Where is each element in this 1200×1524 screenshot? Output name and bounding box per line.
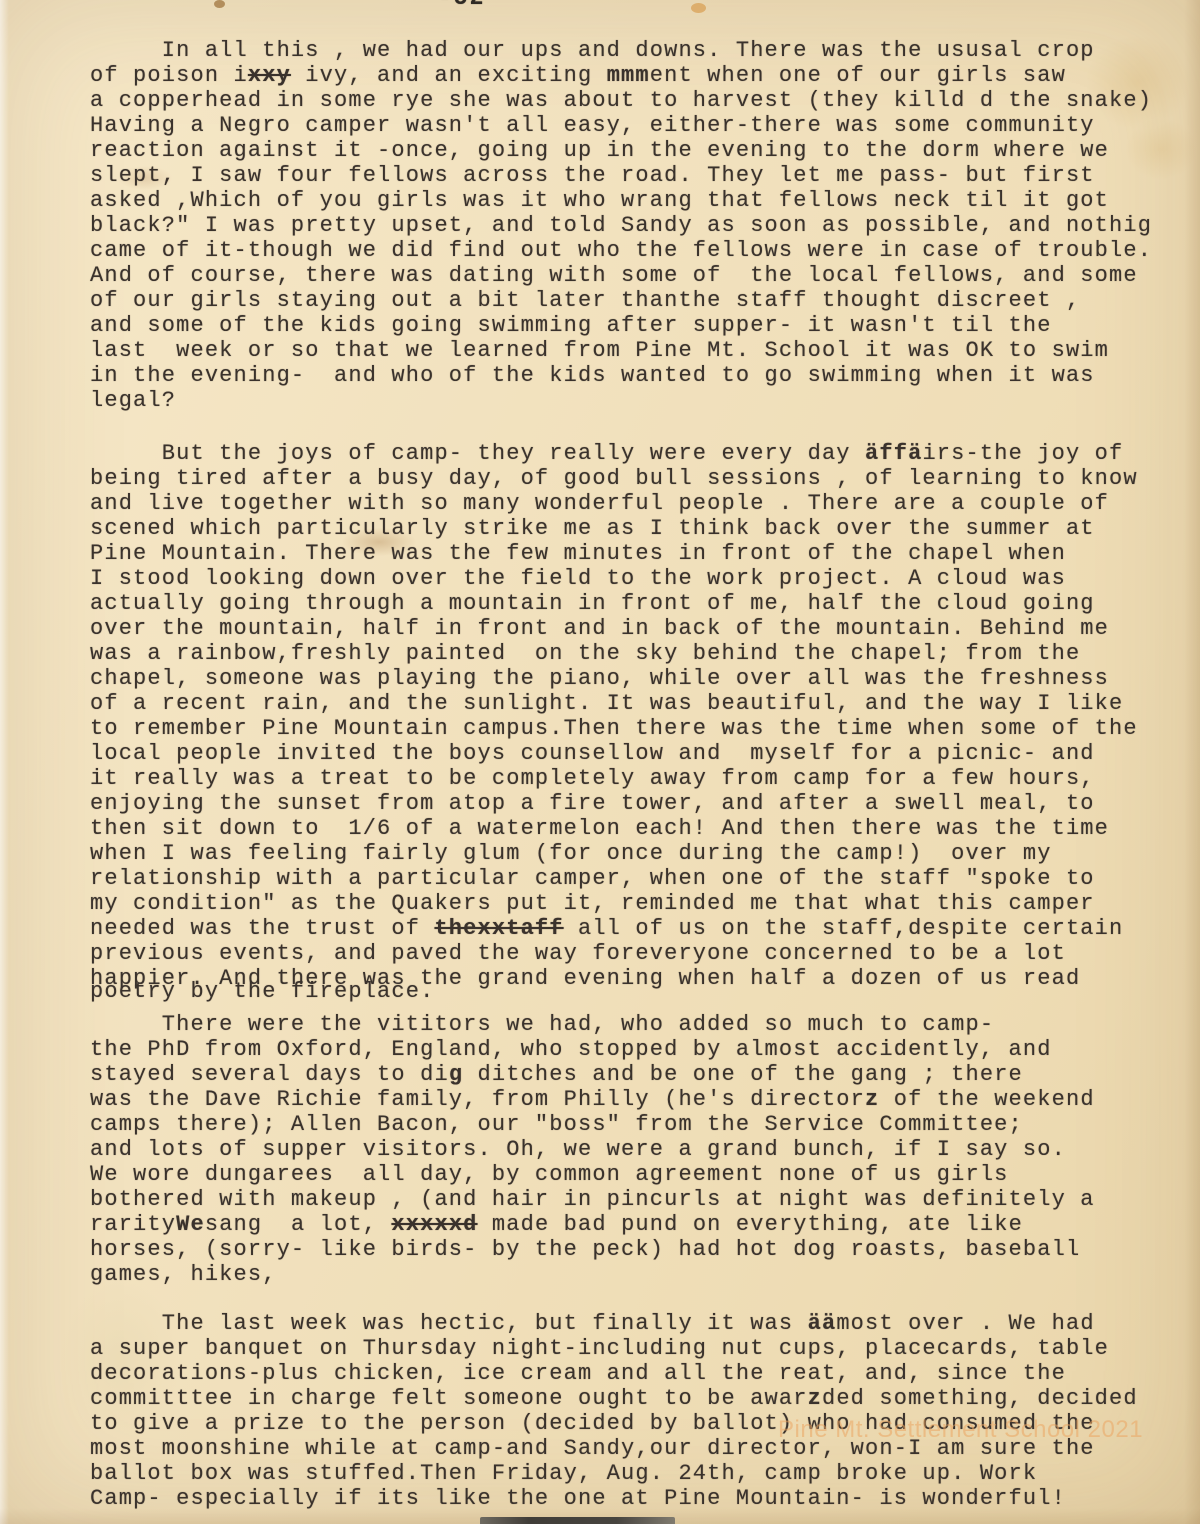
text-line: black?" I was pretty upset, and told San… [90, 213, 1178, 238]
text-line: the PhD from Oxford, England, who stoppe… [90, 1037, 1178, 1062]
text-line: my condition" as the Quakers put it, rem… [90, 891, 1178, 916]
text-line: Having a Negro camper wasn't all easy, e… [90, 113, 1178, 138]
paragraph: There were the vititors we had, who adde… [90, 1012, 1178, 1287]
text-line: And of course, there was dating with som… [90, 263, 1178, 288]
text-line: bothered with makeup , (and hair in pinc… [90, 1187, 1178, 1212]
text-line: of our girls staying out a bit later tha… [90, 288, 1178, 313]
text-line: local people invited the boys counsellow… [90, 741, 1178, 766]
paper-stain [691, 3, 706, 13]
text-line: Camp- especially if its like the one at … [90, 1486, 1178, 1511]
text-line: of poison ixxy ivy, and an exciting mmme… [90, 63, 1178, 88]
text-line: ballot box was stuffed.Then Friday, Aug.… [90, 1461, 1178, 1486]
scan-edge-artifact [480, 1517, 675, 1524]
text-line: stayed several days to dig ditches and b… [90, 1062, 1178, 1087]
overstruck-text: g [449, 1062, 463, 1087]
text-line: There were the vititors we had, who adde… [90, 1012, 1178, 1037]
overstruck-text: z [808, 1386, 822, 1411]
text-line: relationship with a particular camper, w… [90, 866, 1178, 891]
paper-stain [214, 0, 225, 8]
text-line: scened which particularly strike me as I… [90, 516, 1178, 541]
text-line: actually going through a mountain in fro… [90, 591, 1178, 616]
text-line: rarityWesang a lot, xxxxxd made bad pund… [90, 1212, 1178, 1237]
paragraph: But the joys of camp- they really were e… [90, 441, 1178, 1004]
text-line: over the mountain, half in front and in … [90, 616, 1178, 641]
struck-text: thexxtaff [434, 916, 563, 941]
text-line: We wore dungarees all day, by common agr… [90, 1162, 1178, 1187]
struck-text: xxxxxd [391, 1212, 477, 1237]
text-line: and lots of supper visitors. Oh, we were… [90, 1137, 1178, 1162]
text-line: camps there); Allen Bacon, our "boss" fr… [90, 1112, 1178, 1137]
text-line: to give a prize to the person (decided b… [90, 1411, 1178, 1436]
text-line: previous events, and paved the way forev… [90, 941, 1178, 966]
text-line: committtee in charge felt someone ought … [90, 1386, 1178, 1411]
paragraph: In all this , we had our ups and downs. … [90, 38, 1178, 413]
text-line: horses, (sorry- like birds- by the peck)… [90, 1237, 1178, 1262]
text-line: The last week was hectic, but finally it… [90, 1311, 1178, 1336]
text-line: a super banquet on Thursday night-includ… [90, 1336, 1178, 1361]
text-line: I stood looking down over the field to t… [90, 566, 1178, 591]
text-line: chapel, someone was playing the piano, w… [90, 666, 1178, 691]
page-edge-right [1184, 0, 1200, 1524]
page-number: -52 [438, 0, 485, 9]
overstruck-text: We [176, 1212, 205, 1237]
text-line: most moonshine while at camp-and Sandy,o… [90, 1436, 1178, 1461]
text-line: last week or so that we learned from Pin… [90, 338, 1178, 363]
text-line: being tired after a busy day, of good bu… [90, 466, 1178, 491]
overstruck-text: z [865, 1087, 879, 1112]
text-line: But the joys of camp- they really were e… [90, 441, 1178, 466]
text-line: and live together with so many wonderful… [90, 491, 1178, 516]
typed-text: In all this , we had our ups and downs. … [90, 38, 1178, 1511]
text-line: came of it-though we did find out who th… [90, 238, 1178, 263]
document-page: -52 In all this , we had our ups and dow… [0, 0, 1200, 1524]
text-line: of a recent rain, and the sunlight. It w… [90, 691, 1178, 716]
text-line: enjoying the sunset from atop a fire tow… [90, 791, 1178, 816]
text-line: then sit down to 1/6 of a watermelon eac… [90, 816, 1178, 841]
text-line: asked ,Which of you girls was it who wra… [90, 188, 1178, 213]
text-line: in the evening- and who of the kids want… [90, 363, 1178, 388]
text-line: Pine Mountain. There was the few minutes… [90, 541, 1178, 566]
text-line: needed was the trust of thexxtaff all of… [90, 916, 1178, 941]
text-line: decorations-plus chicken, ice cream and … [90, 1361, 1178, 1386]
text-line: to remember Pine Mountain campus.Then th… [90, 716, 1178, 741]
text-line: legal? [90, 388, 1178, 413]
overstruck-text: mmm [607, 63, 650, 88]
text-line: and some of the kids going swimming afte… [90, 313, 1178, 338]
struck-text: xxy [248, 63, 291, 88]
paragraph: The last week was hectic, but finally it… [90, 1311, 1178, 1511]
text-line: was the Dave Richie family, from Philly … [90, 1087, 1178, 1112]
page-edge-left [0, 0, 9, 1524]
text-line: slept, I saw four fellows across the roa… [90, 163, 1178, 188]
overstruck-text: äffä [865, 441, 922, 466]
text-line: reaction against it -once, going up in t… [90, 138, 1178, 163]
text-line: In all this , we had our ups and downs. … [90, 38, 1178, 63]
text-line: a copperhead in some rye she was about t… [90, 88, 1178, 113]
text-line: was a rainbow,freshly painted on the sky… [90, 641, 1178, 666]
page-number-text: -52 [438, 0, 485, 9]
text-line: games, hikes, [90, 1262, 1178, 1287]
text-line: when I was feeling fairly glum (for once… [90, 841, 1178, 866]
overstruck-text: ää [808, 1311, 837, 1336]
text-line: it really was a treat to be completely a… [90, 766, 1178, 791]
